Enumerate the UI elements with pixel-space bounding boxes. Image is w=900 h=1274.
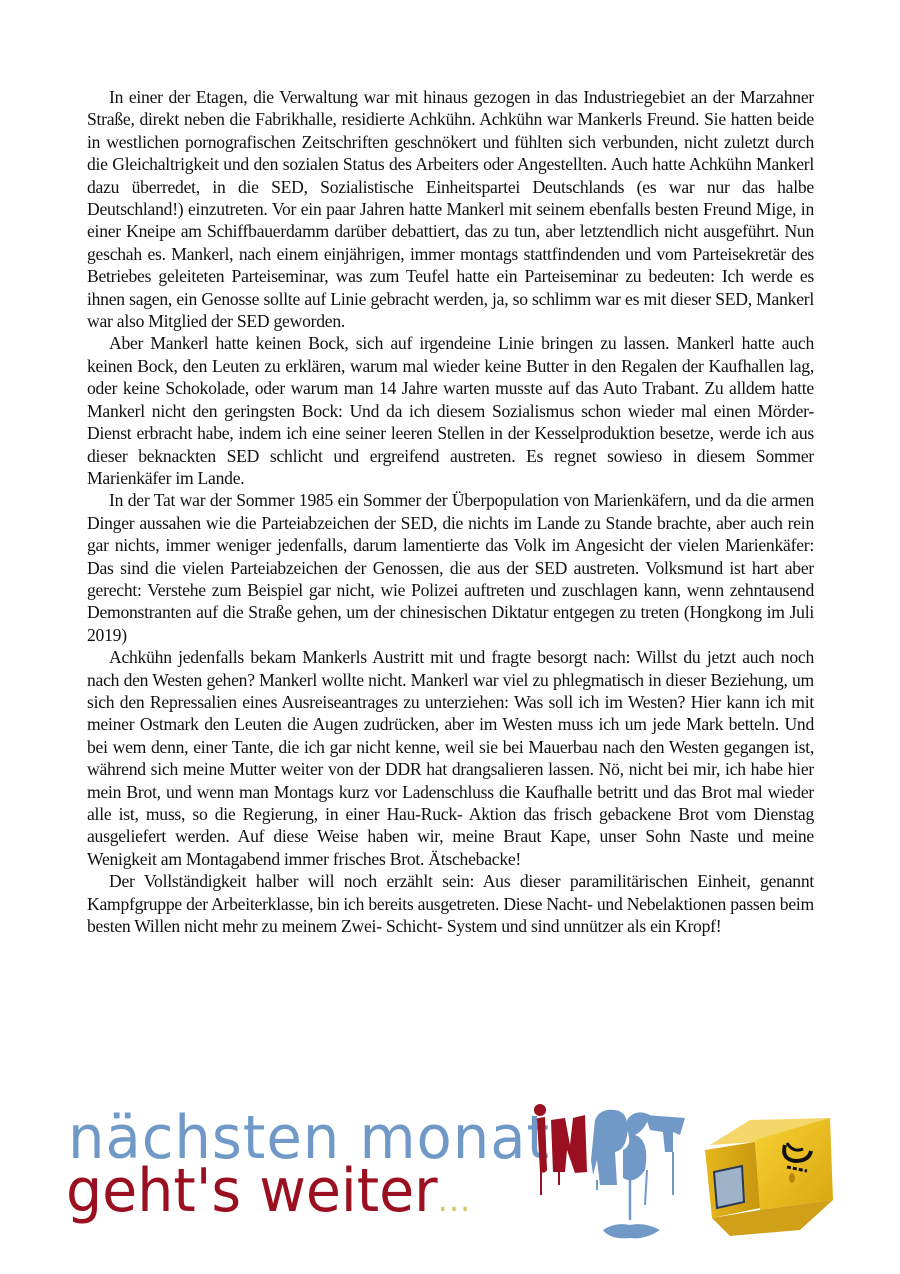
mailbox-icon xyxy=(690,1090,840,1240)
teaser-line2-text: geht's weiter xyxy=(66,1156,438,1226)
paragraph-4: Achkühn jedenfalls bekam Mankerls Austri… xyxy=(87,646,814,870)
teaser-continues: geht's weiter... xyxy=(66,1160,471,1231)
paragraph-3: In der Tat war der Sommer 1985 ein Somme… xyxy=(87,489,814,646)
paragraph-5: Der Vollständigkeit halber will noch erz… xyxy=(87,870,814,937)
paragraph-1: In einer der Etagen, die Verwaltung war … xyxy=(87,86,814,332)
graffiti-logo-icon xyxy=(515,1090,690,1260)
document-page: In einer der Etagen, die Verwaltung war … xyxy=(0,0,900,1274)
ellipsis-dots: ... xyxy=(438,1180,472,1220)
article-body: In einer der Etagen, die Verwaltung war … xyxy=(87,86,814,937)
paragraph-2: Aber Mankerl hatte keinen Bock, sich auf… xyxy=(87,332,814,489)
